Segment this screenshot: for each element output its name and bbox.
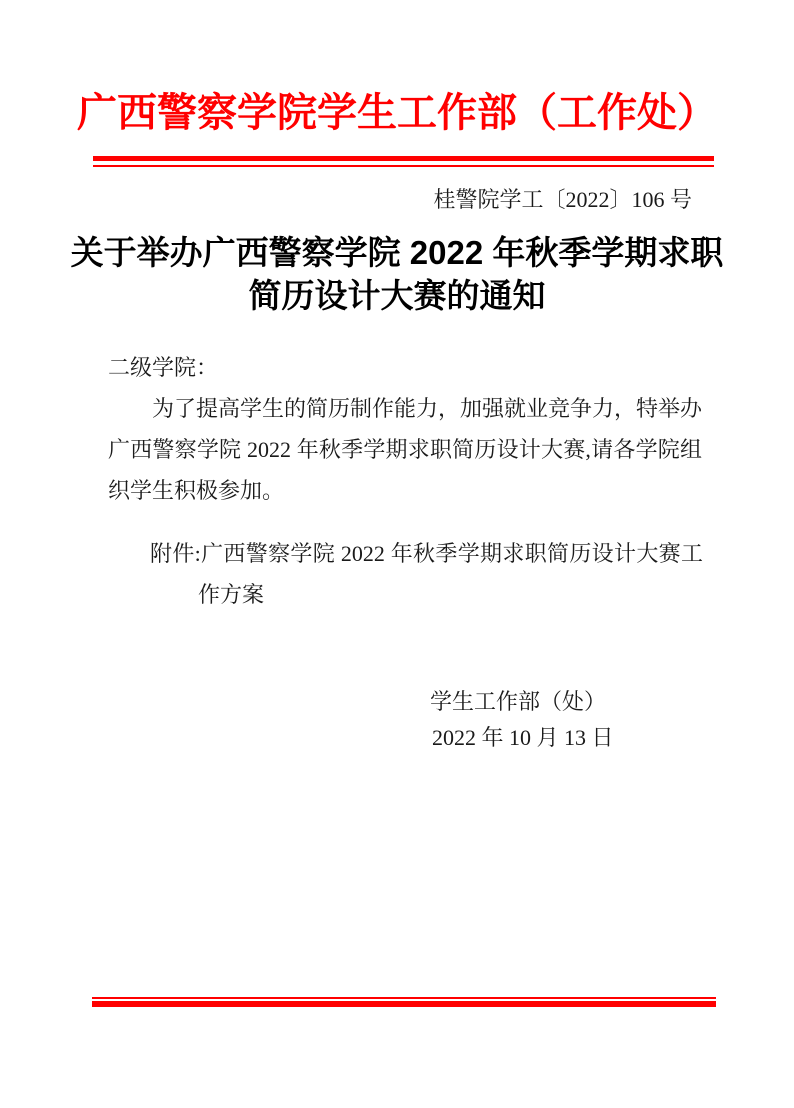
signature-date: 2022 年 10 月 13 日	[432, 717, 614, 758]
salutation: 二级学院：	[108, 347, 218, 388]
signature-department: 学生工作部（处）	[430, 681, 606, 722]
doc-title-line-2: 简历设计大赛的通知	[47, 274, 747, 317]
doc-number: 桂警院学工〔2022〕106 号	[433, 179, 692, 220]
letterhead-rule	[93, 156, 714, 167]
paragraph-line: 广西警察学院 2022 年秋季学期求职简历设计大赛,请各学院组	[108, 429, 702, 470]
footer-rule-thick-bar	[92, 1001, 716, 1007]
paragraph-line: 织学生积极参加。	[108, 470, 702, 511]
document-page: 广西警察学院学生工作部（工作处） 桂警院学工〔2022〕106 号 关于举办广西…	[0, 0, 794, 1108]
doc-title-line-1: 关于举办广西警察学院 2022 年秋季学期求职	[47, 231, 747, 274]
doc-title: 关于举办广西警察学院 2022 年秋季学期求职 简历设计大赛的通知	[47, 231, 747, 317]
letterhead-rule-thin-bar	[93, 165, 714, 167]
main-paragraph: 为了提高学生的简历制作能力，加强就业竞争力，特举办 广西警察学院 2022 年秋…	[108, 388, 702, 511]
attachment-line-2: 作方案	[198, 574, 264, 615]
letterhead-org-title: 广西警察学院学生工作部（工作处）	[0, 89, 794, 137]
footer-rule	[92, 997, 716, 1007]
attachment-line-1: 附件:广西警察学院 2022 年秋季学期求职简历设计大赛工	[150, 533, 703, 574]
paragraph-line: 为了提高学生的简历制作能力，加强就业竞争力，特举办	[108, 388, 702, 429]
